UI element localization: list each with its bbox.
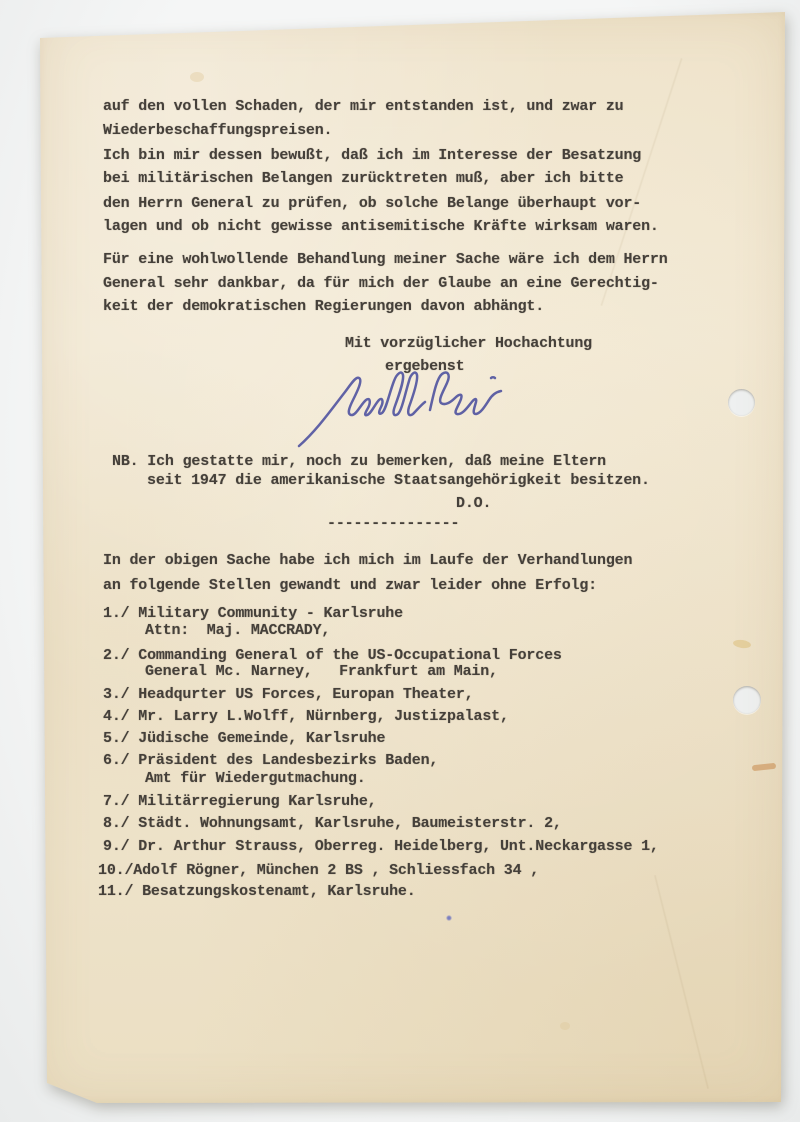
stain (733, 639, 752, 649)
list-item-line: 2./ Commanding General of the US-Occupat… (103, 647, 562, 664)
stain (560, 1022, 570, 1030)
list-item-line: Attn: Maj. MACCRADY, (145, 622, 330, 639)
postscript-line: NB. Ich gestatte mir, noch zu bemerken, … (112, 453, 606, 470)
paper-shadow-wrap: auf den vollen Schaden, der mir entstand… (0, 0, 800, 1122)
typed-separator: --------------- (327, 515, 459, 532)
list-item-line: 6./ Präsident des Landesbezirks Baden, (103, 752, 438, 769)
body-line: keit der demokratischen Regierungen davo… (103, 298, 544, 315)
body-line: General sehr dankbar, da für mich der Gl… (103, 275, 659, 292)
list-item-line: 5./ Jüdische Gemeinde, Karlsruhe (103, 730, 385, 747)
punch-hole-icon (733, 686, 761, 714)
body-line: Für eine wohlwollende Behandlung meiner … (103, 251, 668, 268)
paper-crease (653, 875, 709, 1089)
list-item-line: 10./Adolf Rögner, München 2 BS , Schlies… (98, 862, 539, 879)
body-line: Wiederbeschaffungspreisen. (103, 122, 332, 139)
list-item-line: Amt für Wiedergutmachung. (145, 770, 366, 787)
postscript-line: seit 1947 die amerikanische Staatsangehö… (147, 472, 650, 489)
list-item-line: 8./ Städt. Wohnungsamt, Karlsruhe, Baume… (103, 815, 562, 832)
stain (190, 72, 204, 82)
closing-salutation: Mit vorzüglicher Hochachtung (345, 335, 592, 352)
ink-speck (446, 915, 452, 921)
document-page: auf den vollen Schaden, der mir entstand… (40, 12, 785, 1103)
appendix-intro-line: In der obigen Sache habe ich mich im Lau… (103, 552, 632, 569)
list-item-line: 1./ Military Community - Karlsruhe (103, 605, 403, 622)
stain (752, 763, 776, 771)
list-item-line: 11./ Besatzungskostenamt, Karlsruhe. (98, 883, 416, 900)
postscript-initials: D.O. (456, 495, 491, 512)
punch-hole-icon (728, 389, 755, 416)
body-line: Ich bin mir dessen bewußt, daß ich im In… (103, 147, 641, 164)
scanned-document-background: auf den vollen Schaden, der mir entstand… (0, 0, 800, 1122)
body-line: bei militärischen Belangen zurücktreten … (103, 170, 623, 187)
list-item-line: 3./ Headqurter US Forces, Europan Theate… (103, 686, 474, 703)
list-item-line: 4./ Mr. Larry L.Wolff, Nürnberg, Justizp… (103, 708, 509, 725)
handwritten-signature (295, 364, 530, 449)
body-line: auf den vollen Schaden, der mir entstand… (103, 98, 623, 115)
appendix-intro-line: an folgende Stellen gewandt und zwar lei… (103, 577, 597, 594)
body-line: lagen und ob nicht gewisse antisemitisch… (103, 218, 659, 235)
body-line: den Herrn General zu prüfen, ob solche B… (103, 195, 641, 212)
list-item-line: 9./ Dr. Arthur Strauss, Oberreg. Heidelb… (103, 838, 659, 855)
list-item-line: General Mc. Narney, Frankfurt am Main, (145, 663, 498, 680)
list-item-line: 7./ Militärregierung Karlsruhe, (103, 793, 376, 810)
